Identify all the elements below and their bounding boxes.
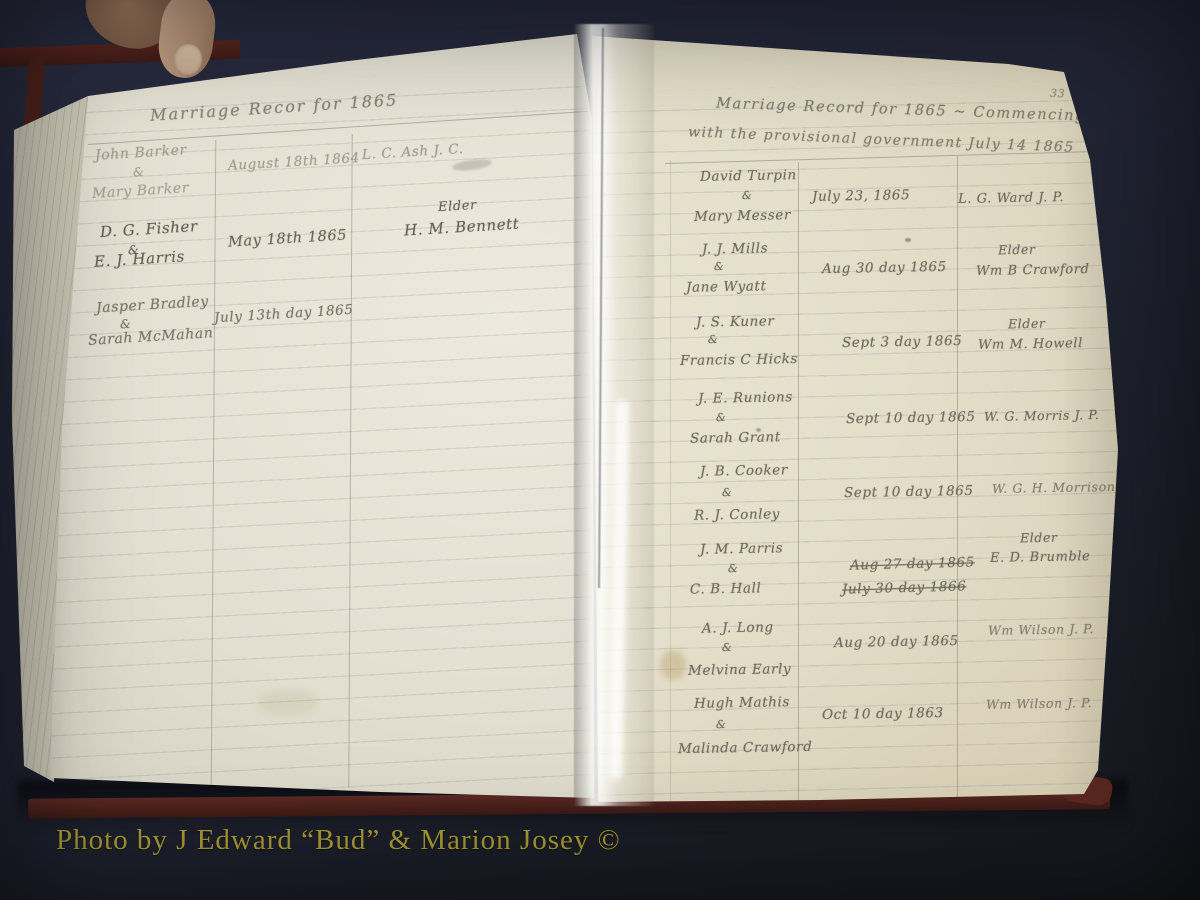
ampersand: & [722, 487, 733, 498]
photo-scene: 32 Marriage Recor for 1865 John Barker &… [0, 0, 1200, 900]
ampersand: & [714, 261, 725, 272]
right-page-column-line-2 [957, 156, 958, 800]
hand [80, 0, 250, 90]
marriage-date: Sept 10 day 1865 [846, 411, 976, 427]
groom-name: David Turpin [700, 169, 797, 184]
ampersand: & [708, 334, 719, 345]
officiant-name: Wm Wilson J. P. [986, 697, 1092, 711]
officiant-name: E. D. Brumble [990, 550, 1091, 565]
marriage-date: Oct 10 day 1863 [822, 707, 944, 723]
groom-name: J. J. Mills [702, 242, 768, 257]
ampersand: & [120, 318, 132, 331]
bride-name: Jane Wyatt [686, 280, 767, 295]
marriage-date-struck: July 30 day 1866 [842, 580, 967, 597]
bride-name: Malinda Crawford [678, 741, 813, 757]
right-page-column-line-1 [798, 162, 799, 802]
ampersand: & [133, 166, 145, 179]
groom-name: J. M. Parris [700, 542, 783, 557]
officiant-title: Elder [1008, 318, 1046, 331]
groom-name: J. B. Cooker [700, 464, 788, 479]
marriage-date: July 23, 1865 [812, 189, 910, 204]
bride-name: C. B. Hall [690, 582, 762, 597]
officiant-name: Wm M. Howell [978, 337, 1083, 352]
officiant-name: Wm B Crawford [976, 263, 1090, 278]
page-number: 33 [1050, 88, 1066, 100]
officiant-name: W. G. Morris J. P. [984, 409, 1100, 424]
officiant-title: Elder [438, 199, 478, 214]
bride-name: Melvina Early [688, 663, 791, 678]
ampersand: & [728, 563, 739, 574]
ampersand: & [716, 719, 727, 730]
marriage-date-struck: Aug 27 day 1865 [850, 556, 975, 573]
marriage-date: Aug 20 day 1865 [834, 635, 959, 651]
officiant-title: Elder [998, 244, 1036, 257]
ampersand: & [742, 190, 753, 201]
ampersand: & [716, 412, 727, 423]
groom-name: Hugh Mathis [694, 696, 790, 711]
bride-name: Sarah Grant [690, 431, 781, 446]
marriage-date: Sept 10 day 1865 [844, 485, 974, 501]
bride-name: R. J. Conley [694, 508, 780, 523]
officiant-name: Wm Wilson J. P. [988, 623, 1094, 637]
officiant-title: Elder [1020, 532, 1058, 545]
groom-name: J. S. Kuner [696, 315, 775, 330]
bride-name: Mary Messer [694, 209, 791, 224]
marriage-date: Sept 3 day 1865 [842, 335, 963, 351]
bride-name: Francis C Hicks [680, 353, 798, 369]
officiant-name: L. G. Ward J. P. [958, 191, 1064, 206]
groom-name: A. J. Long [702, 621, 774, 636]
officiant-name: W. G. H. Morrison [992, 481, 1116, 496]
marriage-date: Aug 30 day 1865 [822, 261, 947, 277]
ampersand: & [722, 642, 733, 653]
photo-caption: Photo by J Edward “Bud” & Marion Josey © [56, 824, 621, 857]
groom-name: J. E. Runions [698, 391, 793, 406]
right-page-margin-line [670, 160, 671, 802]
